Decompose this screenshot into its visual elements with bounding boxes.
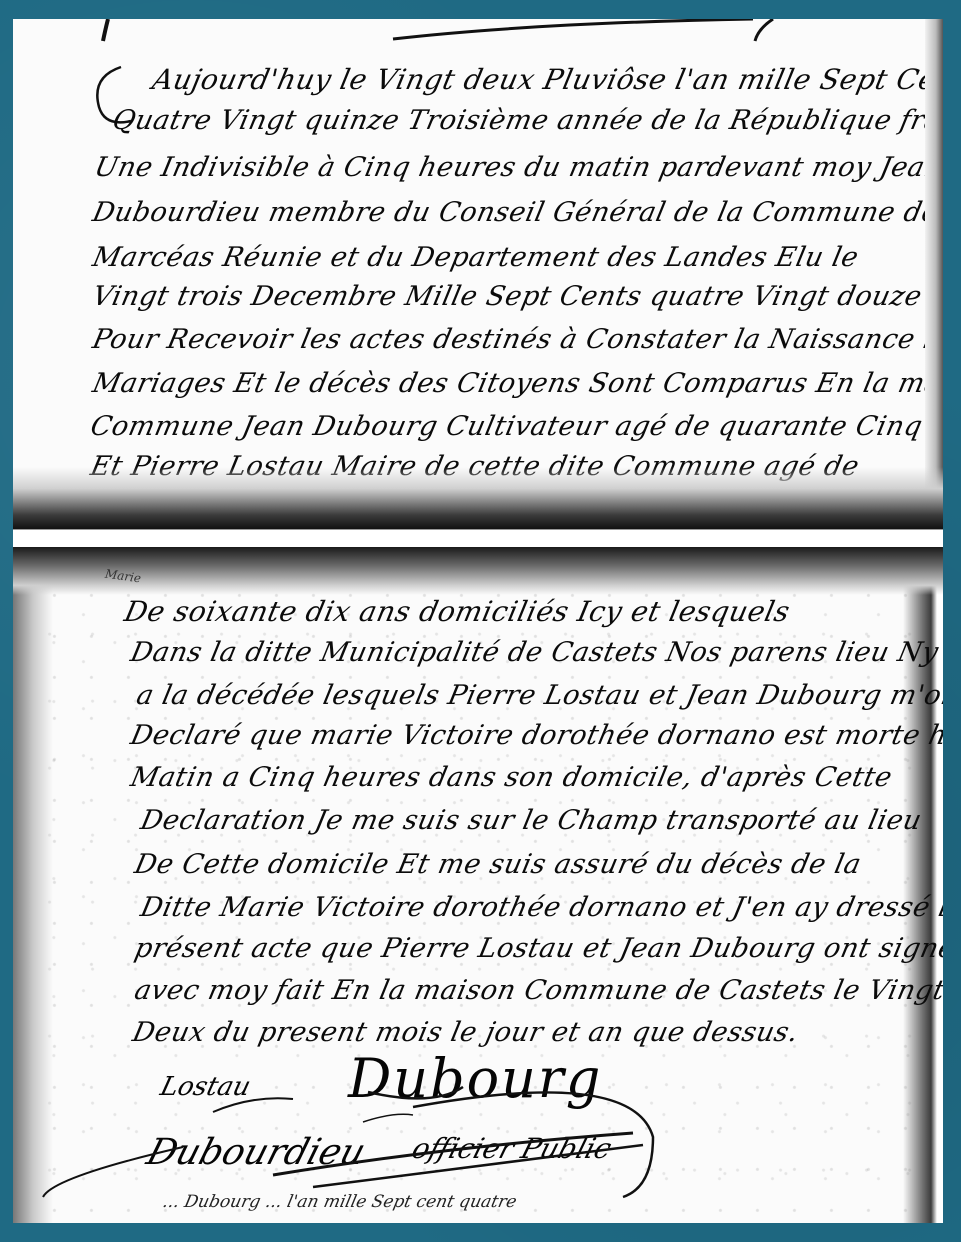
- document-frame: Aujourd'huy le Vingt deux Pluviôse l'an …: [0, 0, 961, 1242]
- page-curl-shadow: [13, 467, 943, 529]
- handwritten-line: Une Indivisible à Cinq heures du matin p…: [92, 152, 943, 183]
- handwritten-line: Mariages Et le décès des Citoyens Sont C…: [90, 368, 943, 399]
- next-entry-fragment: ... Dubourg ... l'an mille Sept cent qua…: [161, 1192, 519, 1212]
- handwritten-line: Dubourdieu membre du Conseil Général de …: [90, 197, 943, 228]
- header-flourish: [13, 19, 943, 59]
- handwritten-line: Vingt trois Decembre Mille Sept Cents qu…: [90, 281, 943, 312]
- top-page-scan: Aujourd'huy le Vingt deux Pluviôse l'an …: [13, 19, 943, 529]
- page-edge-shadow: [925, 19, 943, 529]
- scan-separator: [13, 529, 943, 549]
- handwritten-line: Quatre Vingt quinze Troisième année de l…: [110, 105, 943, 136]
- handwritten-line: Commune Jean Dubourg Cultivateur agé de …: [88, 411, 943, 442]
- handwritten-line: Marcéas Réunie et du Departement des Lan…: [90, 242, 862, 273]
- handwritten-line: Pour Recevoir les actes destinés à Const…: [90, 324, 943, 355]
- signature-flourishes: [13, 547, 943, 1223]
- handwritten-line: Aujourd'huy le Vingt deux Pluviôse l'an …: [149, 63, 943, 96]
- bottom-page-scan: Marie De soixante dix ans domiciliés Icy…: [13, 547, 943, 1223]
